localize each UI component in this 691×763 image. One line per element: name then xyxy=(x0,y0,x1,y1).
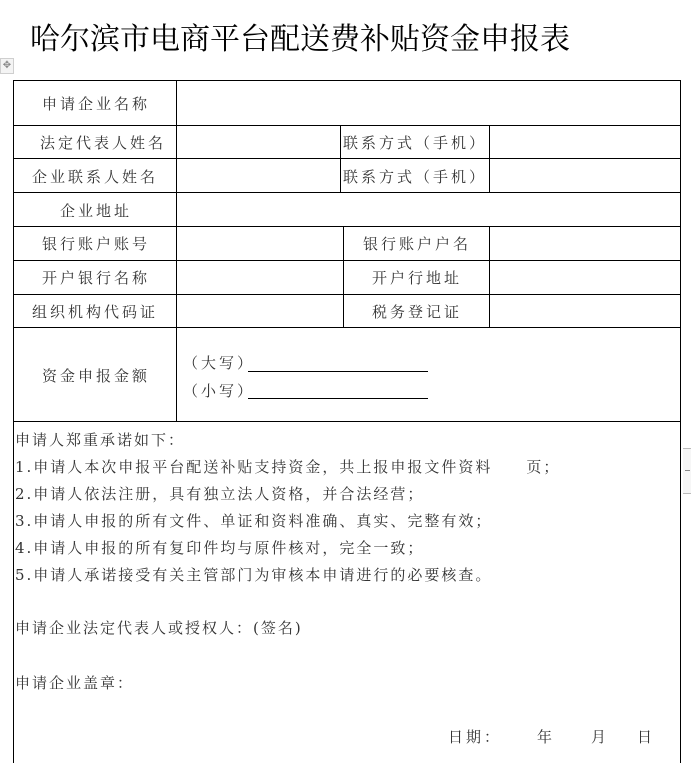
input-amount-uppercase[interactable] xyxy=(248,371,428,372)
col-divider xyxy=(489,125,490,192)
label-legal-rep-phone: 联系方式（手机） xyxy=(343,132,487,153)
form-title: 哈尔滨市电商平台配送费补贴资金申报表 xyxy=(30,14,570,58)
label-bank-name: 开户银行名称 xyxy=(42,267,150,288)
date-day-label: 日 xyxy=(637,726,655,747)
pledge-item: 2.申请人依法注册，具有独立法人资格，并合法经营； xyxy=(15,483,424,504)
col-divider xyxy=(343,226,344,327)
pledge-item: 3.申请人申报的所有文件、单证和资料准确、真实、完整有效； xyxy=(15,510,492,531)
input-tax-cert[interactable] xyxy=(491,295,680,327)
label-tax-cert: 税务登记证 xyxy=(372,301,462,322)
pledge-item: 5.申请人承诺接受有关主管部门为审核本申请进行的必要核查。 xyxy=(15,564,492,585)
signature-label: 申请企业法定代表人或授权人：(签名) xyxy=(15,617,303,638)
date-year-label: 年 xyxy=(537,726,555,747)
table-move-handle-icon[interactable]: ✥ xyxy=(0,58,14,74)
label-contact-phone: 联系方式（手机） xyxy=(343,166,487,187)
input-org-code-cert[interactable] xyxy=(178,295,343,327)
row-divider xyxy=(13,421,681,422)
col-divider xyxy=(176,80,177,421)
input-bank-account-name[interactable] xyxy=(491,227,680,260)
date-month-label: 月 xyxy=(591,726,609,747)
label-org-code-cert: 组织机构代码证 xyxy=(32,301,158,322)
label-company-name: 申请企业名称 xyxy=(42,93,150,114)
col-divider xyxy=(340,125,341,192)
row-divider xyxy=(13,327,681,328)
label-bank-address: 开户行地址 xyxy=(372,267,462,288)
input-bank-address[interactable] xyxy=(491,261,680,294)
input-contact-name[interactable] xyxy=(178,159,340,192)
input-bank-account-number[interactable] xyxy=(178,227,343,260)
input-legal-rep-name[interactable] xyxy=(178,126,340,158)
pledge-item: 4.申请人申报的所有复印件均与原件核对，完全一致； xyxy=(15,537,424,558)
input-company-address[interactable] xyxy=(178,193,680,226)
date-label: 日期： xyxy=(448,726,502,747)
input-company-name[interactable] xyxy=(178,81,680,125)
label-amount: 资金申报金额 xyxy=(42,365,150,386)
label-amount-lowercase: （小写） xyxy=(183,380,255,401)
input-legal-rep-phone[interactable] xyxy=(491,126,680,158)
input-bank-name[interactable] xyxy=(178,261,343,294)
pledge-heading: 申请人郑重承诺如下： xyxy=(15,429,185,450)
input-contact-phone[interactable] xyxy=(491,159,680,192)
label-company-address: 企业地址 xyxy=(60,200,132,221)
label-bank-account-number: 银行账户账号 xyxy=(42,233,150,254)
label-bank-account-name: 银行账户户名 xyxy=(363,233,471,254)
label-amount-uppercase: （大写） xyxy=(183,352,255,373)
label-contact-name: 企业联系人姓名 xyxy=(32,166,158,187)
seal-label: 申请企业盖章： xyxy=(15,672,134,693)
input-amount-lowercase[interactable] xyxy=(248,398,428,399)
pledge-item: 1.申请人本次申报平台配送补贴支持资金，共上报申报文件资料 页； xyxy=(15,456,560,477)
label-legal-rep-name: 法定代表人姓名 xyxy=(40,132,166,153)
col-divider xyxy=(489,226,490,327)
side-scroll-handle[interactable] xyxy=(683,448,691,494)
